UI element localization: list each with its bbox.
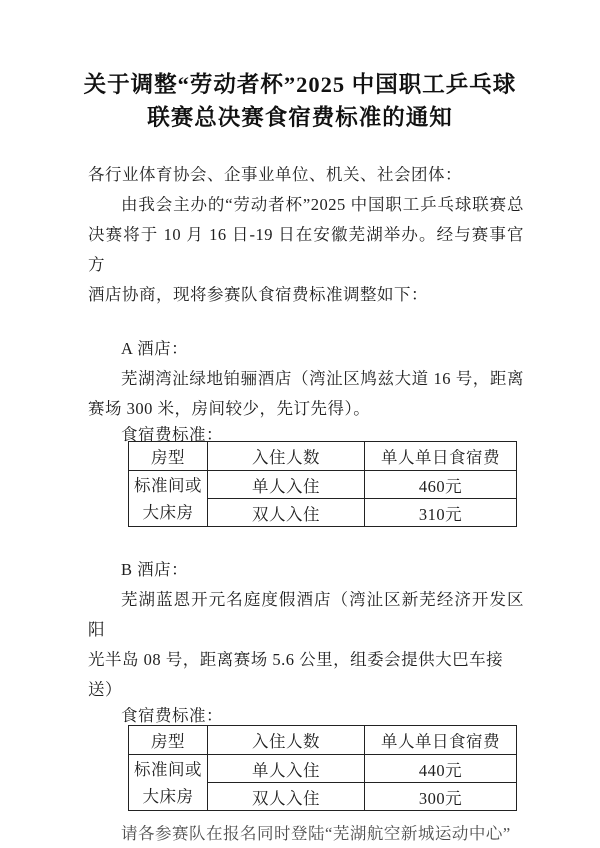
room-type-line-1: 标准间或	[129, 756, 207, 783]
price-header-cell: 单人单日食宿费	[365, 726, 517, 755]
hotel-b-heading: B 酒店：	[88, 555, 524, 585]
room-type-line-2: 大床房	[129, 783, 207, 810]
notice-document: 关于调整“劳动者杯”2025 中国职工乒乓球 联赛总决赛食宿费标准的通知 各行业…	[0, 0, 600, 848]
occupancy-cell: 单人入住	[208, 755, 365, 783]
room-type-line-1: 标准间或	[129, 472, 207, 499]
occupancy-header-cell: 入住人数	[208, 726, 365, 755]
intro-line-2: 决赛将于 10 月 16 日-19 日在安徽芜湖举办。经与赛事官方	[88, 220, 524, 280]
hotel-b-description-line-2: 光半岛 08 号，距离赛场 5.6 公里，组委会提供大巴车接送）	[88, 645, 524, 705]
hotel-a-heading: A 酒店：	[88, 334, 524, 364]
room-type-cell: 标准间或 大床房	[129, 471, 208, 527]
price-header-cell: 单人单日食宿费	[365, 442, 517, 471]
occupancy-cell: 单人入住	[208, 471, 365, 499]
occupancy-cell: 双人入住	[208, 499, 365, 527]
hotel-b-fee-table: 房型 入住人数 单人单日食宿费 标准间或 大床房 单人入住 440元 双人入住 …	[128, 725, 517, 811]
footer-note: 请各参赛队在报名同时登陆“芜湖航空新城运动中心”	[88, 819, 524, 848]
hotel-b-description-line-1: 芜湖蓝恩开元名庭度假酒店（湾沚区新芜经济开发区阳	[88, 585, 524, 645]
greeting-line: 各行业体育协会、企事业单位、机关、社会团体：	[88, 160, 524, 190]
price-cell: 310元	[365, 499, 517, 527]
hotel-a-description: 芜湖湾沚绿地铂骊酒店（湾沚区鸠兹大道 16 号，距离 赛场 300 米，房间较少…	[88, 364, 524, 424]
notice-title-line2: 联赛总决赛食宿费标准的通知	[0, 101, 600, 134]
occupancy-cell: 双人入住	[208, 783, 365, 811]
table-header-row: 房型 入住人数 单人单日食宿费	[129, 726, 517, 755]
notice-body: 各行业体育协会、企事业单位、机关、社会团体： 由我会主办的“劳动者杯”2025 …	[0, 160, 600, 848]
hotel-a-description-line-1: 芜湖湾沚绿地铂骊酒店（湾沚区鸠兹大道 16 号，距离	[88, 364, 524, 394]
room-type-line-2: 大床房	[129, 499, 207, 526]
intro-paragraph: 由我会主办的“劳动者杯”2025 中国职工乒乓球联赛总 决赛将于 10 月 16…	[88, 190, 524, 310]
room-type-header-cell: 房型	[129, 726, 208, 755]
hotel-a-fee-table: 房型 入住人数 单人单日食宿费 标准间或 大床房 单人入住 460元 双人入住 …	[128, 441, 517, 527]
hotel-b-description: 芜湖蓝恩开元名庭度假酒店（湾沚区新芜经济开发区阳 光半岛 08 号，距离赛场 5…	[88, 585, 524, 705]
room-type-cell: 标准间或 大床房	[129, 755, 208, 811]
price-cell: 300元	[365, 783, 517, 811]
intro-line-3: 酒店协商，现将参赛队食宿费标准调整如下：	[88, 280, 524, 310]
table-row: 标准间或 大床房 单人入住 460元	[129, 471, 517, 499]
price-cell: 440元	[365, 755, 517, 783]
notice-title-line1: 关于调整“劳动者杯”2025 中国职工乒乓球	[0, 68, 600, 101]
table-row: 标准间或 大床房 单人入住 440元	[129, 755, 517, 783]
hotel-b-fee-label: 食宿费标准：	[88, 705, 524, 727]
occupancy-header-cell: 入住人数	[208, 442, 365, 471]
intro-line-1: 由我会主办的“劳动者杯”2025 中国职工乒乓球联赛总	[88, 190, 524, 220]
notice-title: 关于调整“劳动者杯”2025 中国职工乒乓球 联赛总决赛食宿费标准的通知	[0, 68, 600, 134]
price-cell: 460元	[365, 471, 517, 499]
hotel-a-description-line-2: 赛场 300 米，房间较少，先订先得）。	[88, 394, 524, 424]
